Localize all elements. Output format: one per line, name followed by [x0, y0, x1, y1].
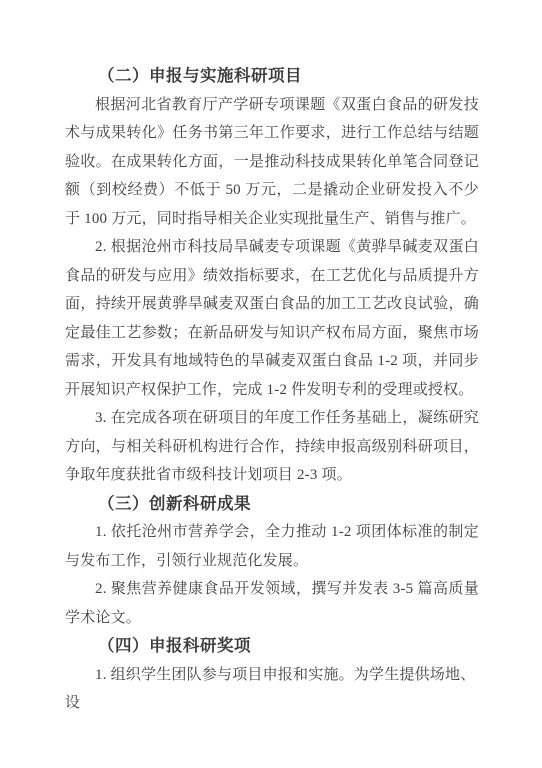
paragraph-student-teams: 1. 组织学生团队参与项目申报和实施。为学生提供场地、设 — [65, 661, 479, 718]
paragraph-group-standards: 1. 依托沧州市营养学会，全力推动 1-2 项团体标准的制定与发布工作，引领行业… — [65, 518, 479, 575]
paragraph-high-level-projects: 3. 在完成各项在研项目的年度工作任务基础上，凝练研究方向，与相关科研机构进行合… — [65, 404, 479, 490]
section-heading-2: （二）申报与实施科研项目 — [65, 62, 479, 91]
paragraph-wheat-project: 2. 根据沧州市科技局旱碱麦专项课题《黄骅旱碱麦双蛋白食品的研发与应用》绩效指标… — [65, 233, 479, 404]
section-heading-4: （四）申报科研奖项 — [65, 632, 479, 661]
paragraph-results-transfer: 根据河北省教育厅产学研专项课题《双蛋白食品的研发技术与成果转化》任务书第三年工作… — [65, 91, 479, 234]
section-heading-3: （三）创新科研成果 — [65, 490, 479, 519]
paragraph-academic-papers: 2. 聚焦营养健康食品开发领域，撰写并发表 3-5 篇高质量学术论文。 — [65, 575, 479, 632]
document-content: （二）申报与实施科研项目 根据河北省教育厅产学研专项课题《双蛋白食品的研发技术与… — [65, 62, 479, 718]
document-page: （二）申报与实施科研项目 根据河北省教育厅产学研专项课题《双蛋白食品的研发技术与… — [0, 0, 542, 768]
